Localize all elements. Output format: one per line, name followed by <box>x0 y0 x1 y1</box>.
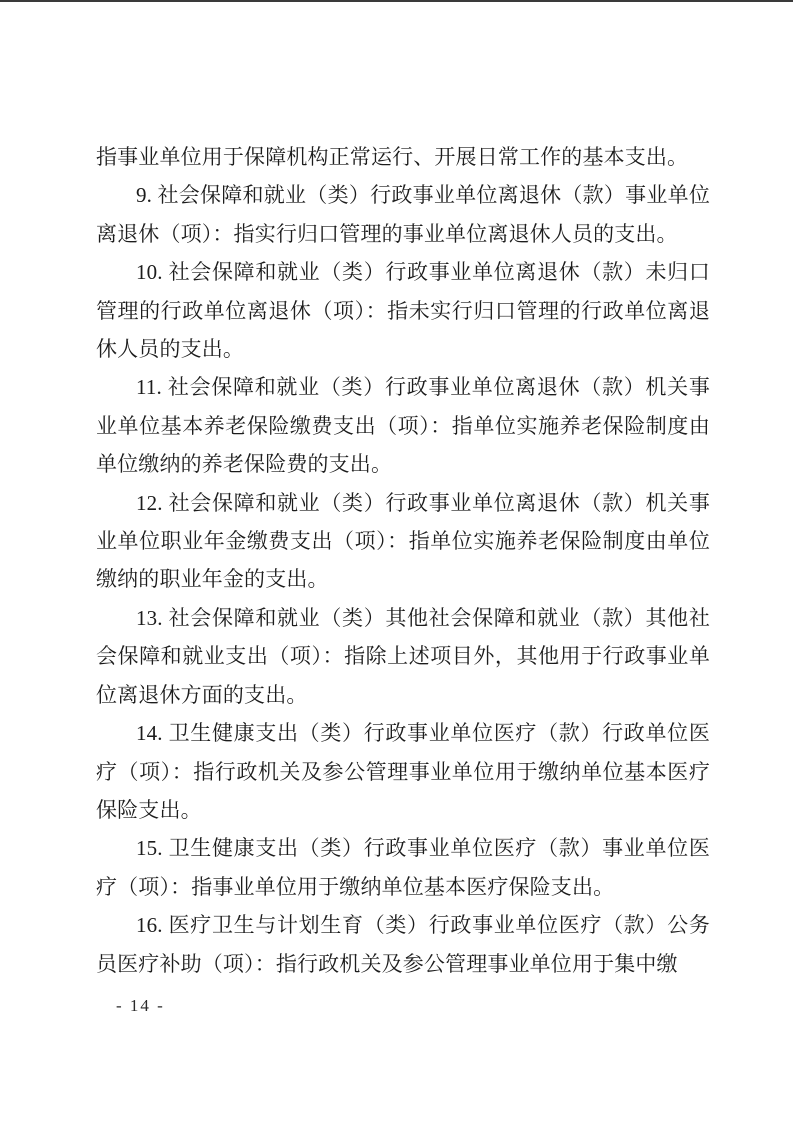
paragraph-item-12: 12. 社会保障和就业（类）行政事业单位离退休（款）机关事业单位职业年金缴费支出… <box>96 484 710 599</box>
paragraph-item-14: 14. 卫生健康支出（类）行政事业单位医疗（款）行政单位医疗（项）：指行政机关及… <box>96 714 710 829</box>
paragraph-item-15: 15. 卫生健康支出（类）行政事业单位医疗（款）事业单位医疗（项）：指事业单位用… <box>96 829 710 906</box>
page-top-edge <box>0 0 793 2</box>
document-body: 指事业单位用于保障机构正常运行、开展日常工作的基本支出。 9. 社会保障和就业（… <box>96 138 710 983</box>
paragraph-item-16: 16. 医疗卫生与计划生育（类）行政事业单位医疗（款）公务员医疗补助（项）：指行… <box>96 906 710 983</box>
paragraph-item-11: 11. 社会保障和就业（类）行政事业单位离退休（款）机关事业单位基本养老保险缴费… <box>96 368 710 483</box>
paragraph-item-9: 9. 社会保障和就业（类）行政事业单位离退休（款）事业单位离退休（项）：指实行归… <box>96 176 710 253</box>
page-number: - 14 - <box>116 996 165 1016</box>
paragraph-item-13: 13. 社会保障和就业（类）其他社会保障和就业（款）其他社会保障和就业支出（项）… <box>96 599 710 714</box>
paragraph-continuation: 指事业单位用于保障机构正常运行、开展日常工作的基本支出。 <box>96 138 710 176</box>
paragraph-item-10: 10. 社会保障和就业（类）行政事业单位离退休（款）未归口管理的行政单位离退休（… <box>96 253 710 368</box>
document-page: 指事业单位用于保障机构正常运行、开展日常工作的基本支出。 9. 社会保障和就业（… <box>0 0 793 1122</box>
